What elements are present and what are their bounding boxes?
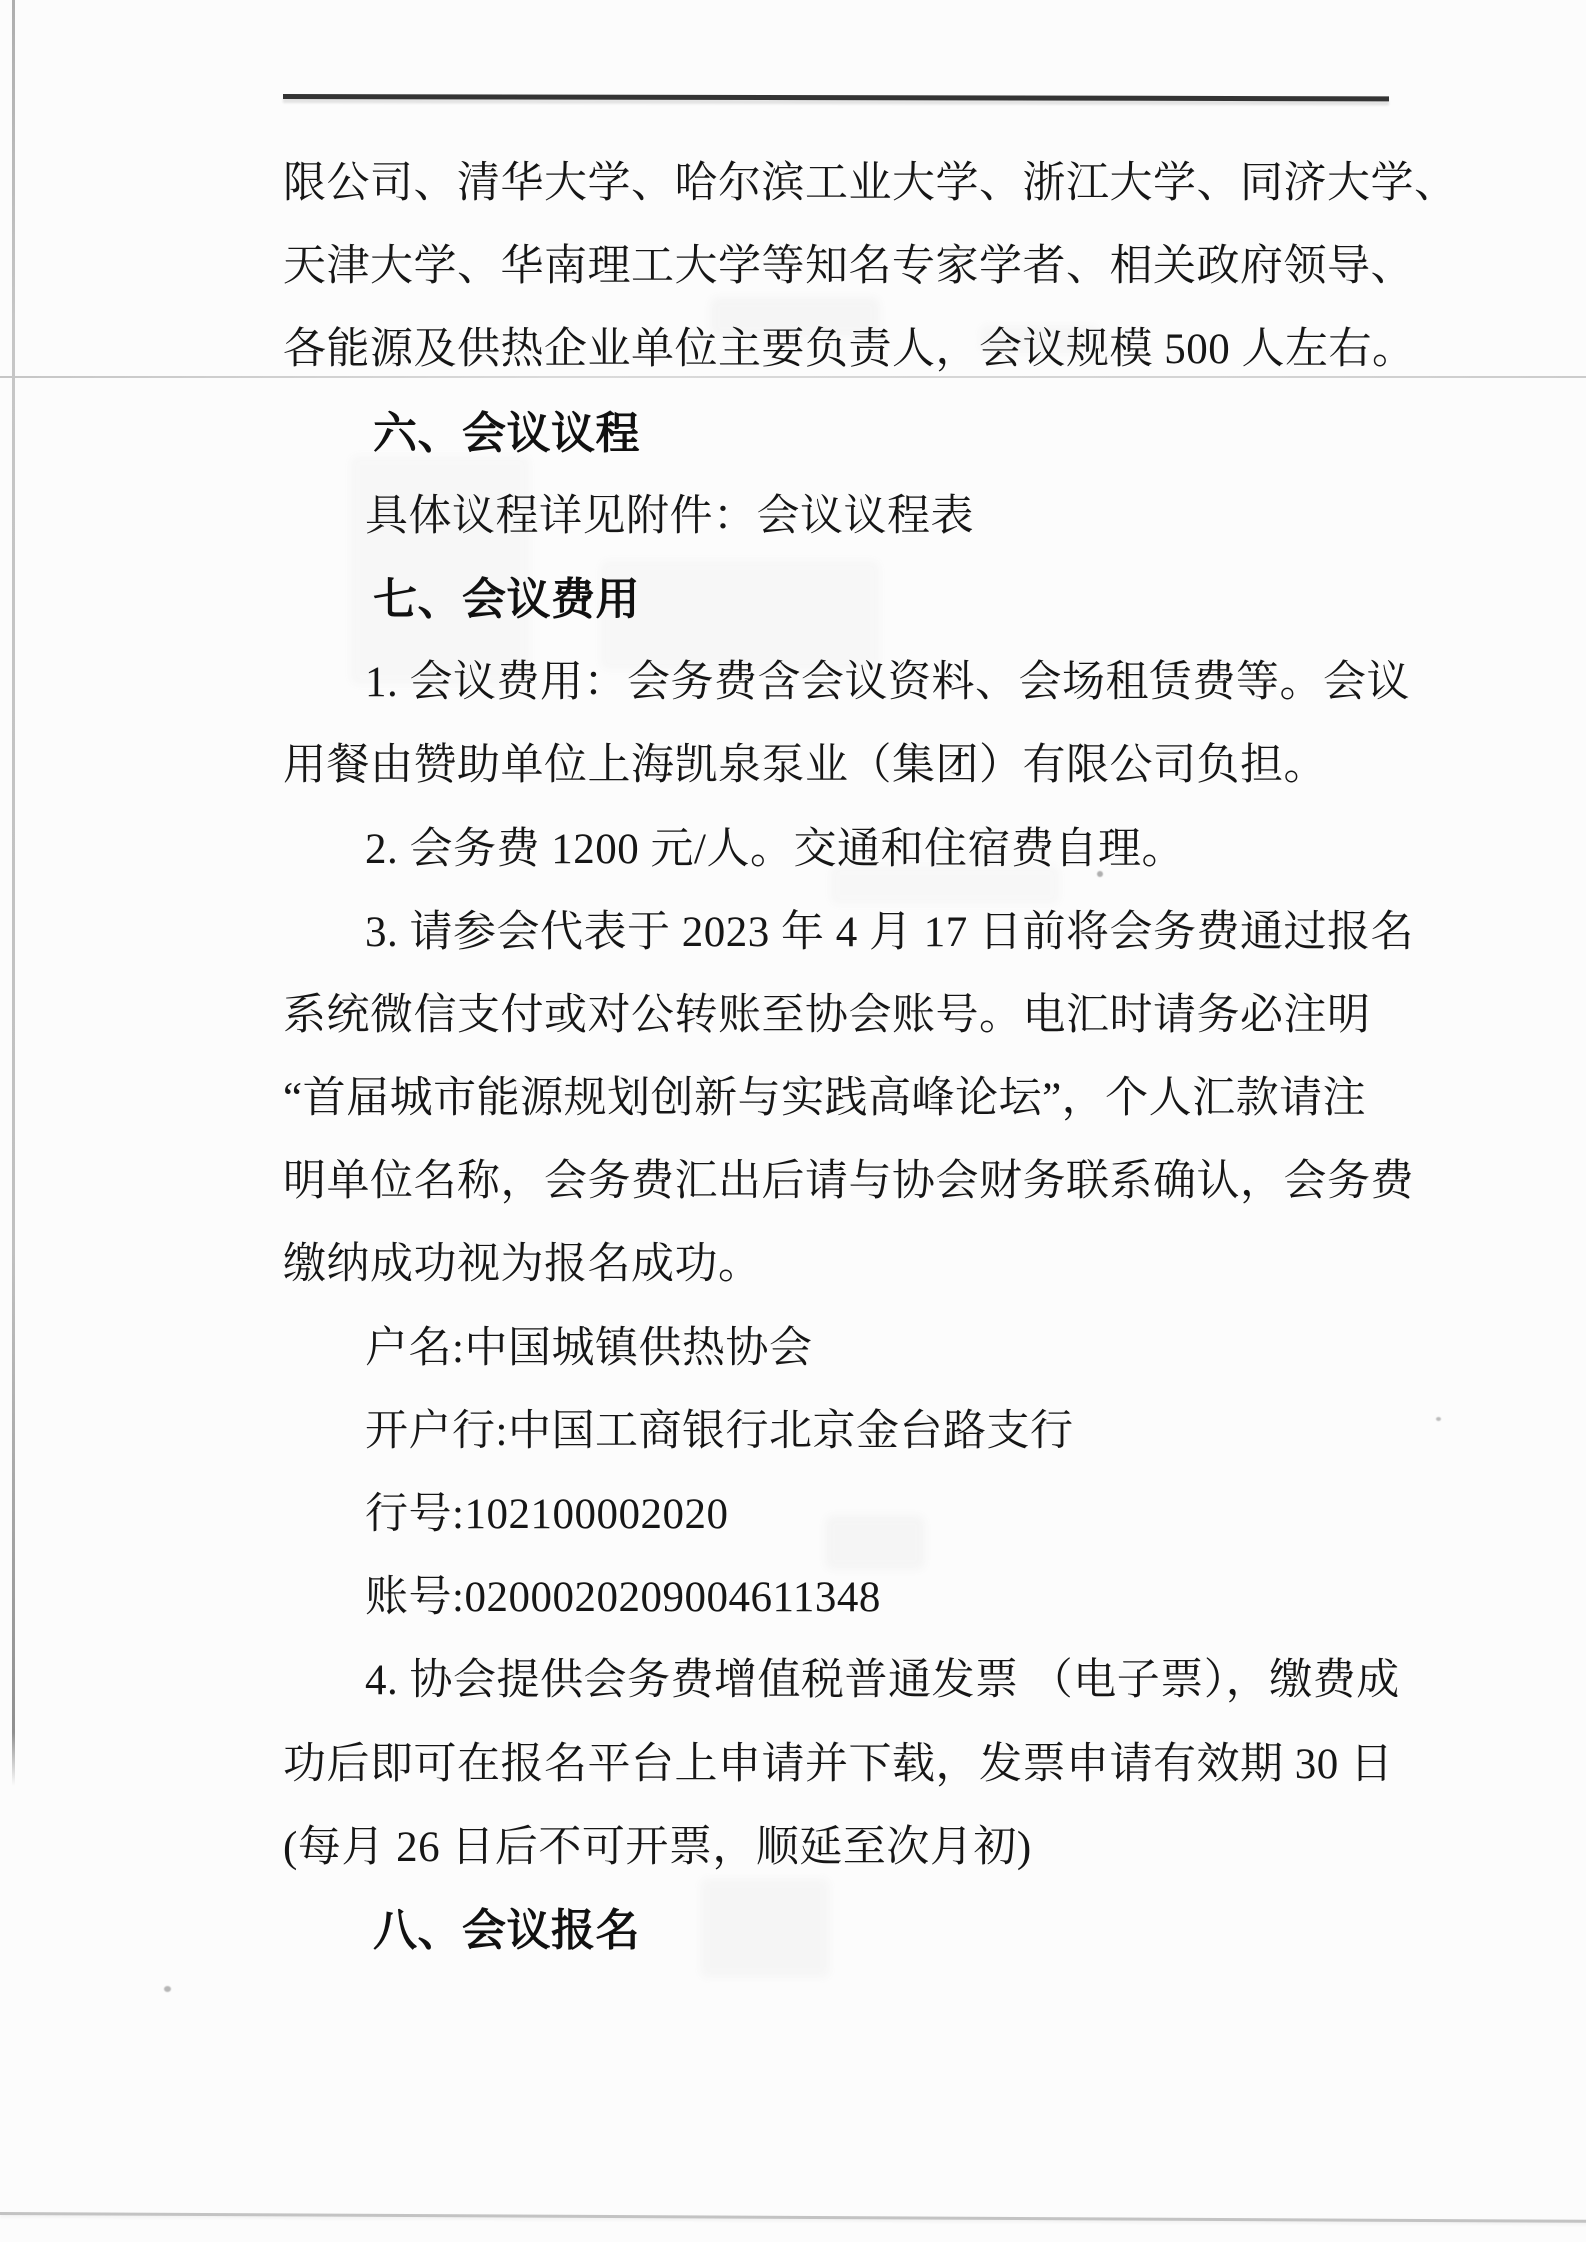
bank-account-holder-line: 户名:中国城镇供热协会 — [283, 1307, 1405, 1390]
scan-edge-left — [12, 0, 15, 1786]
bank-branch-line: 开户行:中国工商银行北京金台路支行 — [283, 1390, 1405, 1473]
fee-item-3-line-3: “首届城市能源规划创新与实践高峰论坛”，个人汇款请注 — [283, 1057, 1405, 1140]
bank-number-line: 行号:102100002020 — [283, 1473, 1405, 1556]
section-heading-agenda: 六、会议议程 — [283, 392, 1405, 475]
agenda-detail-line: 具体议程详见附件：会议议程表 — [283, 475, 1405, 558]
attendees-paragraph-line-3: 各能源及供热企业单位主要负责人，会议规模 500 人左右。 — [283, 308, 1405, 391]
scan-edge-bottom — [0, 2212, 1586, 2223]
fee-item-3-line-2: 系统微信支付或对公转账至协会账号。电汇时请务必注明 — [283, 974, 1405, 1057]
bank-account-number-line: 账号:0200020209004611348 — [283, 1556, 1405, 1639]
fee-item-1-line-1: 1. 会议费用：会务费含会议资料、会场租赁费等。会议 — [283, 641, 1405, 724]
fee-item-3-line-4: 明单位名称，会务费汇出后请与协会财务联系确认，会务费 — [283, 1140, 1405, 1223]
fee-item-4-line-1: 4. 协会提供会务费增值税普通发票 （电子票），缴费成 — [283, 1639, 1405, 1722]
fee-item-3-line-5: 缴纳成功视为报名成功。 — [283, 1223, 1405, 1306]
document-body: 限公司、清华大学、哈尔滨工业大学、浙江大学、同济大学、 天津大学、华南理工大学等… — [283, 142, 1405, 1972]
fee-item-3-line-1: 3. 请参会代表于 2023 年 4 月 17 日前将会务费通过报名 — [283, 891, 1405, 974]
scan-speck — [1436, 1417, 1441, 1421]
fee-item-1-line-2: 用餐由赞助单位上海凯泉泵业（集团）有限公司负担。 — [283, 724, 1405, 807]
header-separator-line — [283, 94, 1389, 101]
attendees-paragraph-line-1: 限公司、清华大学、哈尔滨工业大学、浙江大学、同济大学、 — [283, 142, 1405, 225]
attendees-paragraph-line-2: 天津大学、华南理工大学等知名专家学者、相关政府领导、 — [283, 225, 1405, 308]
fee-item-4-line-2: 功后即可在报名平台上申请并下载，发票申请有效期 30 日 — [283, 1723, 1405, 1806]
fee-item-4-line-3: (每月 26 日后不可开票，顺延至次月初) — [283, 1806, 1405, 1889]
section-heading-registration: 八、会议报名 — [283, 1889, 1405, 1972]
fee-item-2-line: 2. 会务费 1200 元/人。交通和住宿费自理。 — [283, 808, 1405, 891]
section-heading-fees: 七、会议费用 — [283, 558, 1405, 641]
scan-speck — [164, 1986, 171, 1992]
document-page: 限公司、清华大学、哈尔滨工业大学、浙江大学、同济大学、 天津大学、华南理工大学等… — [0, 0, 1586, 2242]
